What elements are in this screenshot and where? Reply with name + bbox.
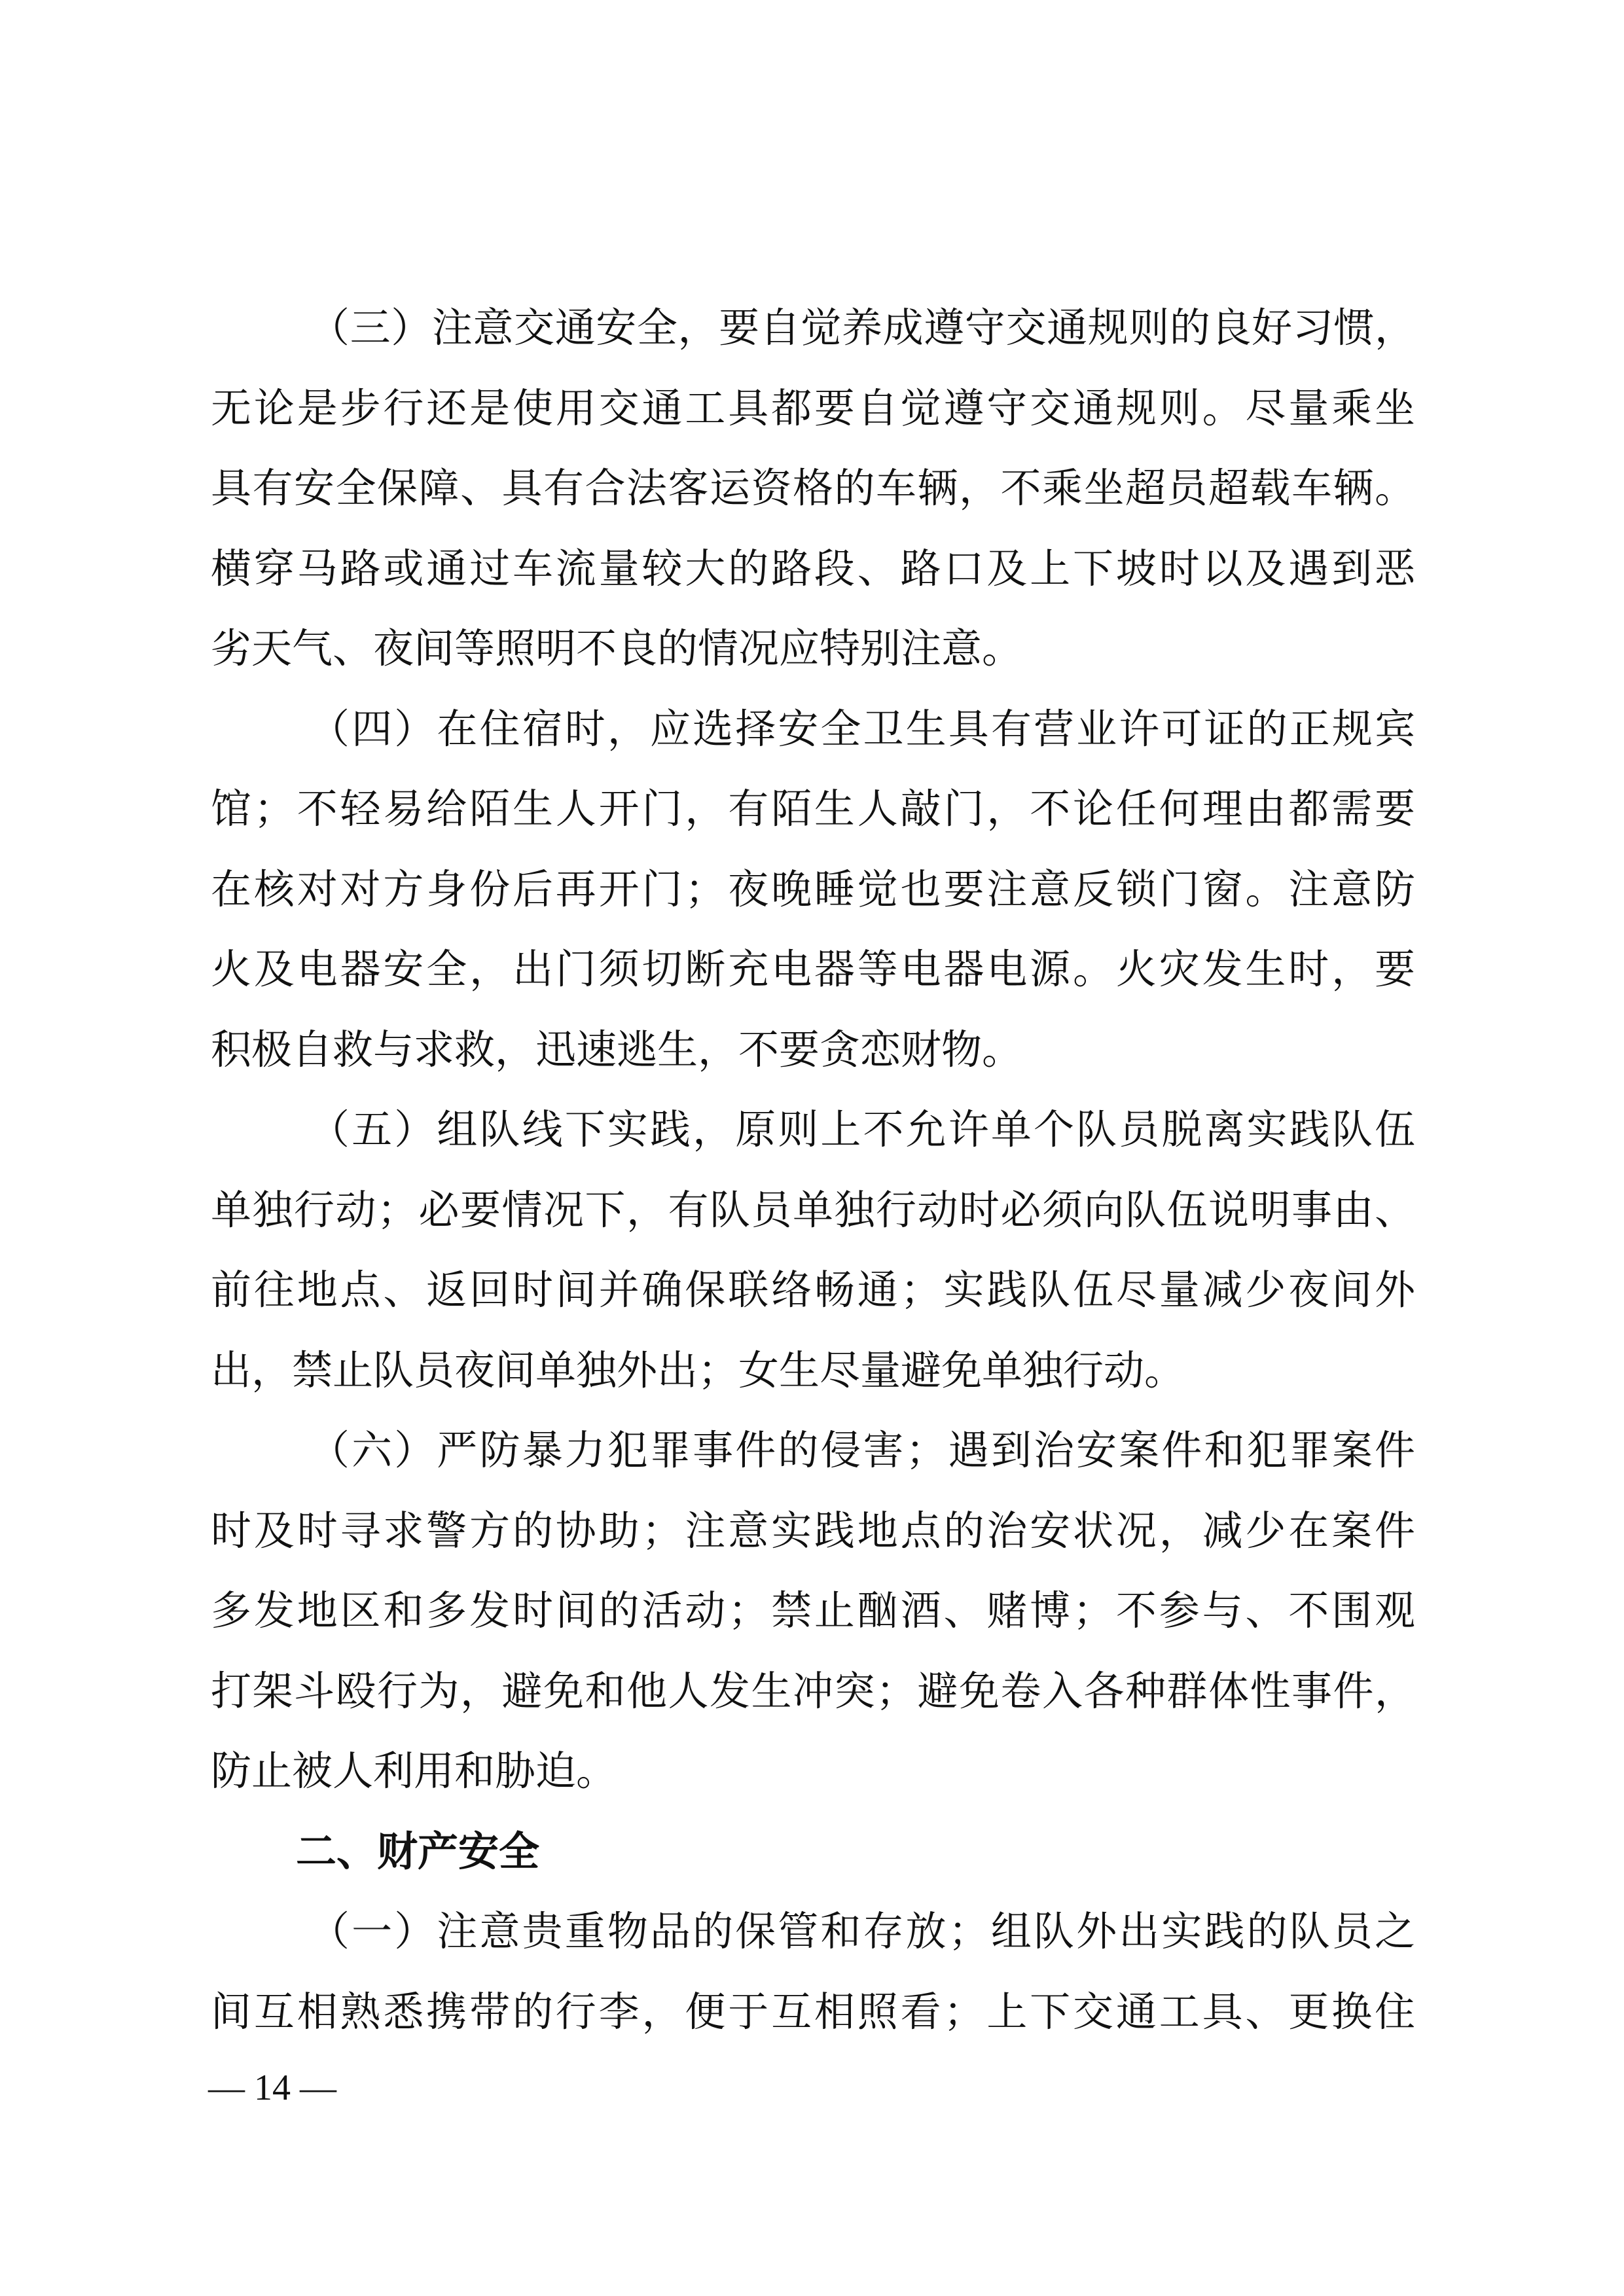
section-heading-property-safety: 二、财产安全 [211, 1812, 1415, 1892]
document-page: （三）注意交通安全，要自觉养成遵守交通规则的良好习惯， 无论是步行还是使用交通工… [0, 0, 1624, 2296]
paragraph-3-line-2: 无论是步行还是使用交通工具都要自觉遵守交通规则。尽量乘坐 [211, 368, 1415, 449]
paragraph-4-line-4: 火及电器安全，出门须切断充电器等电器电源。火灾发生时，要 [211, 929, 1415, 1010]
paragraph-6-line-1: （六）严防暴力犯罪事件的侵害；遇到治安案件和犯罪案件 [211, 1410, 1415, 1491]
paragraph-3-line-4: 横穿马路或通过车流量较大的路段、路口及上下坡时以及遇到恶 [211, 529, 1415, 609]
paragraph-5-line-2: 单独行动；必要情况下，有队员单独行动时必须向队伍说明事由、 [211, 1170, 1415, 1251]
paragraph-3-line-1: （三）注意交通安全，要自觉养成遵守交通规则的良好习惯， [211, 288, 1415, 368]
paragraph-3-line-3: 具有安全保障、具有合法客运资格的车辆，不乘坐超员超载车辆。 [211, 448, 1415, 529]
paragraph-4-line-5: 积极自救与求救，迅速逃生，不要贪恋财物。 [211, 1010, 1415, 1090]
paragraph-4-line-2: 馆；不轻易给陌生人开门，有陌生人敲门，不论任何理由都需要 [211, 769, 1415, 850]
paragraph-3-line-5: 劣天气、夜间等照明不良的情况应特别注意。 [211, 609, 1415, 689]
paragraph-6-line-5: 防止被人利用和胁迫。 [211, 1731, 1415, 1812]
paragraph-6-line-4: 打架斗殴行为，避免和他人发生冲突；避免卷入各种群体性事件， [211, 1651, 1415, 1732]
body-text: （三）注意交通安全，要自觉养成遵守交通规则的良好习惯， 无论是步行还是使用交通工… [211, 288, 1415, 2052]
paragraph-5-line-1: （五）组队线下实践，原则上不允许单个队员脱离实践队伍 [211, 1090, 1415, 1170]
paragraph-4-line-3: 在核对对方身份后再开门；夜晚睡觉也要注意反锁门窗。注意防 [211, 850, 1415, 930]
paragraph-4-line-1: （四）在住宿时，应选择安全卫生具有营业许可证的正规宾 [211, 689, 1415, 770]
paragraph-6-line-3: 多发地区和多发时间的活动；禁止酗酒、赌博；不参与、不围观 [211, 1571, 1415, 1651]
paragraph-property-1-line-1: （一）注意贵重物品的保管和存放；组队外出实践的队员之 [211, 1892, 1415, 1972]
page-number: — 14 — [208, 2068, 336, 2108]
paragraph-5-line-4: 出，禁止队员夜间单独外出；女生尽量避免单独行动。 [211, 1331, 1415, 1411]
paragraph-5-line-3: 前往地点、返回时间并确保联络畅通；实践队伍尽量减少夜间外 [211, 1250, 1415, 1331]
paragraph-property-1-line-2: 间互相熟悉携带的行李，便于互相照看；上下交通工具、更换住 [211, 1972, 1415, 2053]
paragraph-6-line-2: 时及时寻求警方的协助；注意实践地点的治安状况，减少在案件 [211, 1491, 1415, 1571]
